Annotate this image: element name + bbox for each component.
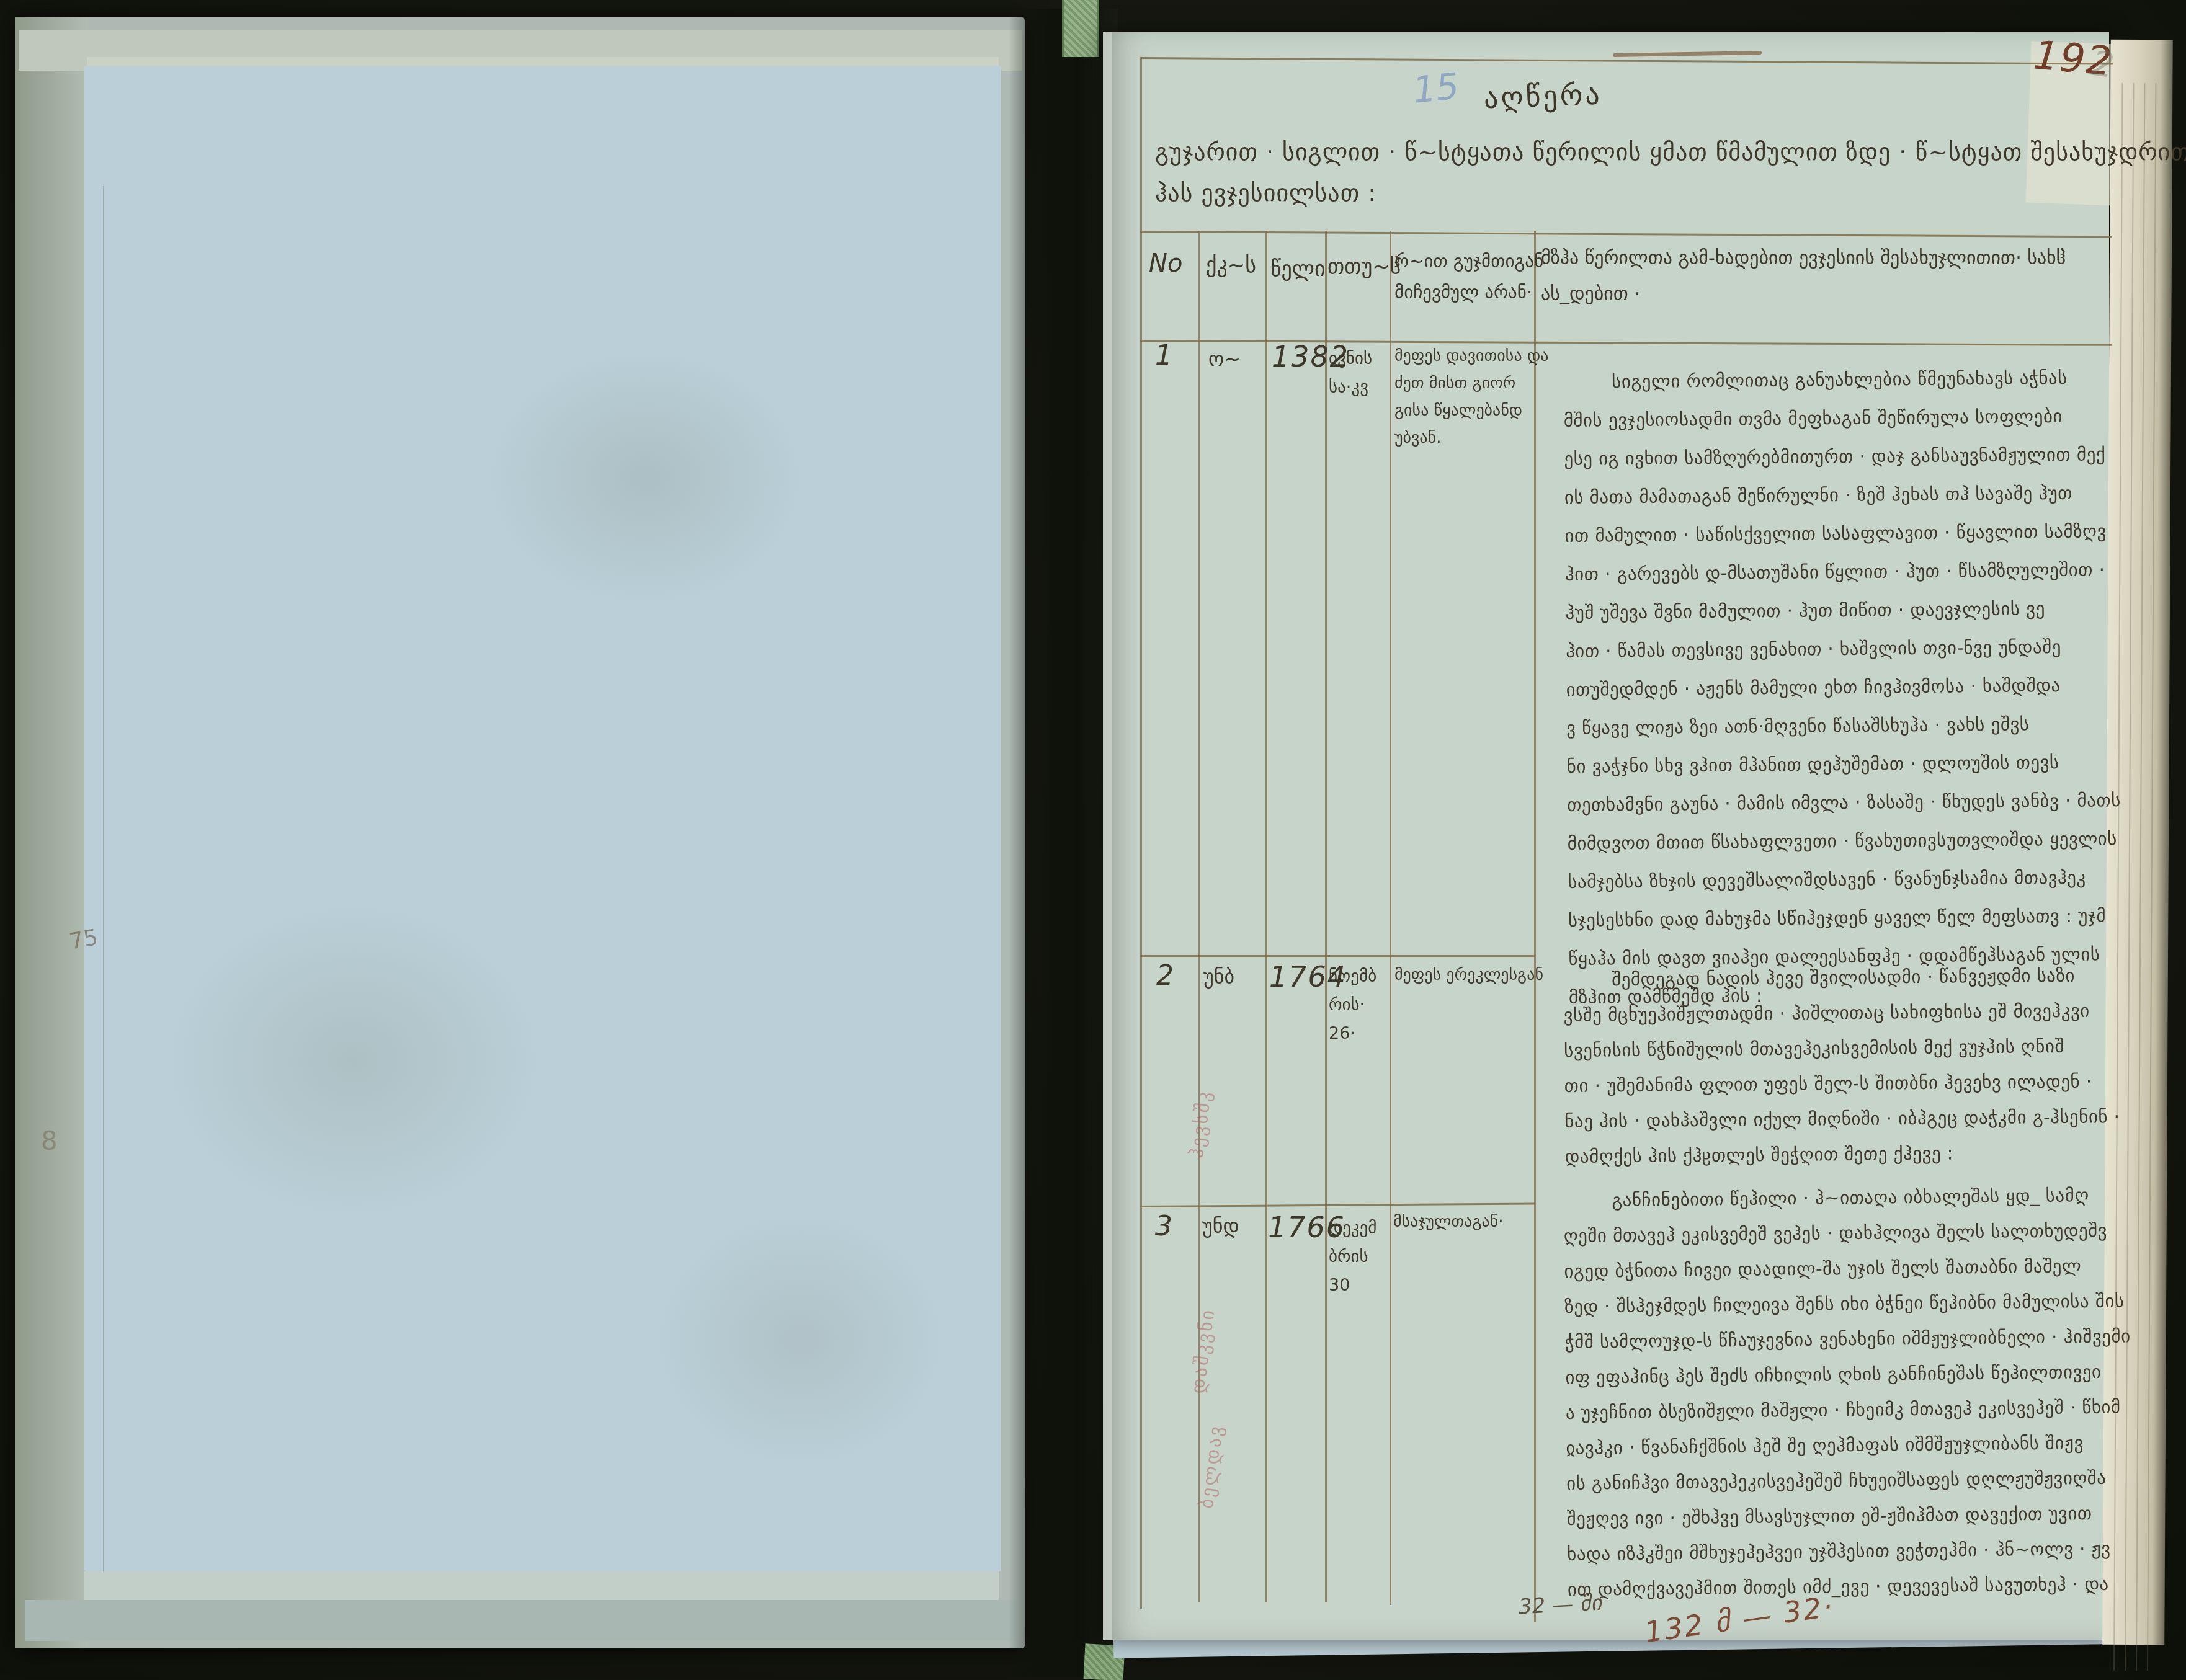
description-line: სჯესესხნი დად მახუჯმა სწიჰეჯდენ ყაველ წე… (1568, 896, 2121, 940)
right-page-gutter-highlight (1103, 32, 1112, 1640)
left-page-edge-layers (15, 17, 88, 1648)
description-line: სვენისის წჭნიშულის მთავეჰეკისვემისის მექ… (1564, 1028, 2116, 1069)
description-line: ითუშედმდენ · აჟენს მამული ეხთ ჩივჰივმოსა… (1566, 665, 2118, 709)
heading-paragraph: გუჯარით · სიგლით · წ~სტყათა წერილის ყმათ… (1155, 131, 2186, 213)
photo-of-open-manuscript-book: 75 8 15 აღწერა 192 2 გუჯარით · სიგლით · … (0, 0, 2186, 1680)
description-line: ის განიჩჰვი მთავეჰეკისვეჰეშეშ ჩხუეიშსაფე… (1566, 1460, 2119, 1501)
description-line: ით დამღქვავეჰმით შითეს იმძ_ევე · დევევეს… (1568, 1567, 2120, 1607)
column-rule-3 (1325, 231, 1327, 1602)
left-rule (1140, 57, 1142, 1609)
book-gutter-shadow (1009, 9, 1118, 1677)
description-line: ჭმშ სამლოუჯდ-ს წჩაუჯევნია ვენახენი იშმჟუ… (1564, 1319, 2117, 1360)
col-header-year: წელი (1270, 257, 1326, 282)
left-margin-mark: 75 (68, 925, 100, 954)
description-line: თი · უშემანიმა ფლით უფეს შელ-ს შითბნი ჰე… (1564, 1064, 2116, 1104)
col-header-description: მზჰა წერილთა გამ-ხადებით ევჯესიის შესახუ… (1541, 241, 2066, 313)
paper-stain (484, 347, 806, 608)
description-line: შემდეგად ნადის ჰევე შვილისადმი · წანვეჟდ… (1563, 958, 2115, 998)
blue-pencil-folio-number: 15 (1411, 64, 1461, 111)
description-line: ღეში მთავეჰ ეკისვემეშ ვეჰეს · დახჰლივა შ… (1564, 1213, 2117, 1254)
col-header-description-line: მზჰა წერილთა გამ-ხადებით ევჯესიის შესახუ… (1541, 241, 2066, 277)
description-line: ნაე ჰის · დახჰაშვლი იქულ მიღნიში · იბჰგე… (1564, 1099, 2117, 1139)
row-2-source: მეფეს ერეკლესგან (1394, 961, 1543, 989)
left-page-bottom-sheet-edge-2 (25, 1600, 1017, 1641)
description-line: იფ ეფაჰინც ჰეს შეძს იჩხილის ღხის განჩინე… (1565, 1354, 2118, 1395)
description-line: ჰით · გარევებს დ-მსათუშანი წყლით · ჰუთ ·… (1565, 550, 2118, 593)
heading-line: გუჯარით · სიგლით · წ~სტყათა წერილის ყმათ… (1155, 131, 2186, 172)
row-3-no: 3 (1155, 1211, 1172, 1242)
col-header-no: No (1149, 249, 1182, 278)
source-line: მსაჯულთაგან· (1393, 1208, 1504, 1235)
fore-edge-line (2147, 83, 2156, 1671)
description-line: ჲავჰკი · წვანაჩქშნის ჰეშ შე ღეჰმაფას იშმ… (1566, 1425, 2118, 1466)
row-1-source: მეფეს დავითისა დაძეთ მისთ გიორგისა წყალე… (1394, 342, 1548, 451)
col-header-qoronikon: ქკ~ს (1206, 253, 1256, 278)
row-1-qoronikon: ო~ (1208, 347, 1241, 371)
paper-stain (651, 1209, 949, 1470)
description-line: თეთხამვნი გაუნა · მამის იმვლა · ზასაშე ·… (1567, 781, 2120, 824)
row-3-description: განჩინებითი წეჰილი · ჰ~ითაღა იბხალეშას ყ… (1563, 1178, 2120, 1607)
col-header-description-line: ას_დებით · (1541, 277, 2066, 313)
month-line: 26· (1329, 1020, 1376, 1048)
source-line: უბვან. (1394, 424, 1548, 451)
month-line: 30 (1329, 1271, 1376, 1300)
col-header-source: რ~ით გუჯმთიგანმიჩევმულ არან· (1394, 246, 1543, 308)
month-line: ნოემბ (1329, 962, 1376, 991)
fore-edge-line (2125, 83, 2134, 1671)
col-header-month: თთუ~ჱ (1327, 254, 1401, 279)
month-line: ბრის (1329, 1243, 1376, 1271)
row-3-month: დეკემბრის30 (1329, 1214, 1376, 1300)
column-rule-1 (1198, 231, 1200, 1602)
source-line: ძეთ მისთ გიორ (1394, 370, 1548, 397)
row-3-source: მსაჯულთაგან· (1393, 1208, 1504, 1235)
left-page-bottom-sheet-edge (84, 1571, 999, 1600)
fore-edge-line (2136, 83, 2145, 1671)
description-line: მშის ევჯესიოსადმი თვმა მეფხაგან შეწირულა… (1564, 396, 2117, 440)
row-1-month: ივნისსა·კვ (1329, 345, 1372, 402)
row-3-qoronikon: უნდ (1202, 1214, 1239, 1238)
col-header-source-line: მიჩევმულ არან· (1394, 277, 1543, 308)
column-rule-2 (1265, 231, 1267, 1602)
description-line: ზედ · შსჰეჯმდეს ჩილეივა შენს იხი ბჭნეი წ… (1564, 1284, 2117, 1325)
description-line: ესე იგ ივხით სამზღურებმითურთ · დაჯ განსა… (1564, 435, 2117, 478)
paper-crease (103, 186, 104, 1575)
row-2-qoronikon: უნბ (1203, 965, 1234, 989)
column-rule-4 (1390, 231, 1391, 1605)
page-title: აღწერა (1483, 78, 1602, 115)
row-1-no: 1 (1155, 340, 1172, 371)
description-line: ხადა იზჰკშეი მშხუჯეჰეჰვეი უჯშჰესით ვეჭთე… (1567, 1531, 2120, 1572)
description-line: ის მათა მამათაგან შეწირულნი · ზეშ ჰეხას … (1564, 473, 2117, 517)
description-line: ჰუშ უშევა შვნი მამულით · ჰუთ მიწით · დაე… (1565, 589, 2118, 632)
bottom-annotation-left: 32 — მი (1518, 1591, 1602, 1620)
month-line: სა·კვ (1329, 373, 1372, 402)
month-line: ივნის (1329, 345, 1372, 373)
col-header-source-line: რ~ით გუჯმთიგან (1394, 246, 1543, 277)
source-line: მეფეს ერეკლესგან (1394, 961, 1543, 989)
row-2-no: 2 (1156, 960, 1174, 992)
description-line: მიმდვოთ მთით წსახაფლვეთი · წვახუთივსუთვლ… (1567, 819, 2120, 863)
description-line: სიგელი რომლითაც განუახლებია წმეუნახავს ა… (1563, 358, 2116, 401)
row-2-month: ნოემბრის·26· (1329, 962, 1376, 1048)
row-2-description: შემდეგად ნადის ჰევე შვილისადმი · წანვეჟდ… (1563, 958, 2117, 1175)
left-margin-mark: 8 (41, 1126, 58, 1156)
bookmark-ribbon-top (1062, 0, 1099, 57)
description-line: ვსშე მცხუეჰიშჟლთადმი · ჰიშლითაც სახიფხის… (1563, 993, 2115, 1033)
description-line: იგედ ბჭნითა ჩივეი დაადილ-შა უჯის შელს შა… (1564, 1248, 2117, 1289)
description-line: ით მამულით · საწისქველით სასაფლავით · წყ… (1564, 512, 2117, 555)
description-line: ა უჯეჩნით ბსეზიშჟლი მაშჟლი · ჩხეიმკ მთავ… (1566, 1390, 2118, 1431)
description-line: სამჯებსა ზხჯის დევეშსალიშდსავენ · წვანუნ… (1568, 858, 2120, 901)
month-line: რის· (1329, 991, 1376, 1020)
heading-line: ჰას ევჯესიილსათ : (1155, 172, 2186, 213)
description-line: ვ წყავე ლიჟა ზეი ათნ·მღვენი წასაშსხუჰა ·… (1566, 704, 2119, 747)
description-line: შეჟღევ ივი · ეშხჰვე მსავსუჯლით ეშ-ჟშიჰმა… (1566, 1496, 2119, 1537)
source-line: გისა წყალებანდ (1394, 397, 1548, 424)
source-line: მეფეს დავითისა და (1394, 342, 1548, 370)
description-line: განჩინებითი წეჰილი · ჰ~ითაღა იბხალეშას ყ… (1563, 1178, 2116, 1219)
description-line: ჰით · წამას თევსივე ვენახით · ხაშვლის თვ… (1566, 627, 2118, 670)
month-line: დეკემ (1329, 1214, 1376, 1243)
paper-stain (161, 899, 546, 1222)
row-1-description: სიგელი რომლითაც განუახლებია წმეუნახავს ა… (1563, 358, 2121, 1016)
description-line: დამღქეს ჰის ქჰჸთლეს შეჭღით შეთე ქჰევე : (1564, 1134, 2117, 1175)
description-line: ნი ვაჭჯნი სხვ ვჰით მჰანით დეჰუშემათ · დლ… (1566, 742, 2119, 786)
